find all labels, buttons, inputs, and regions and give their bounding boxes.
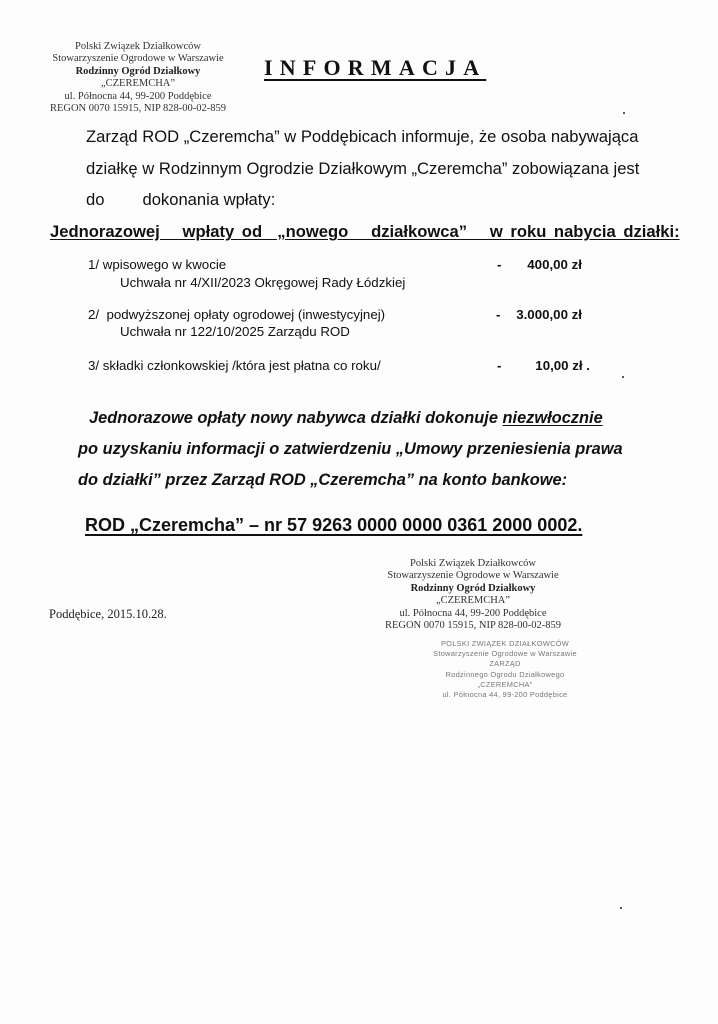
fee-basis: Uchwała nr 4/XII/2023 Okręgowej Rady Łód… bbox=[120, 275, 405, 290]
fee-basis: Uchwała nr 122/10/2025 Zarządu ROD bbox=[120, 324, 350, 339]
payment-note-text: Jednorazowe opłaty nowy nabywca działki … bbox=[89, 409, 503, 427]
stamp-line: „CZEREMCHA” bbox=[430, 680, 580, 690]
stamp-line: ul. Północna 44, 99-200 Poddębice bbox=[368, 608, 578, 620]
intro-line-3: dodokonania wpłaty: bbox=[86, 190, 275, 210]
scan-speck bbox=[620, 907, 622, 909]
fee-label: 1/ wpisowego w kwocie bbox=[88, 257, 226, 272]
organization-stamp-signature: Polski Związek Działkowców Stowarzyszeni… bbox=[368, 558, 578, 632]
bank-account-number: ROD „Czeremcha” – nr 57 9263 0000 0000 0… bbox=[85, 515, 582, 536]
payment-note-emphasis: niezwłocznie bbox=[503, 409, 603, 427]
stamp-line: „CZEREMCHA” bbox=[368, 595, 578, 607]
scan-speck bbox=[623, 112, 625, 114]
stamp-line: Rodzinny Ogród Działkowy bbox=[36, 66, 240, 78]
stamp-line: ul. Północna 44, 99-200 Poddębice bbox=[36, 91, 240, 103]
fees-heading: Jednorazowej wpłaty od „nowego działkowc… bbox=[50, 222, 680, 242]
stamp-line: ZARZĄD bbox=[430, 659, 580, 669]
payment-note-line-2: po uzyskaniu informacji o zatwierdzeniu … bbox=[78, 440, 623, 459]
stamp-line: Polski Związek Działkowców bbox=[368, 558, 578, 570]
stamp-line: POLSKI ZWIĄZEK DZIAŁKOWCÓW bbox=[430, 639, 580, 649]
payment-note-line-1: Jednorazowe opłaty nowy nabywca działki … bbox=[89, 409, 603, 428]
fee-amount: 3.000,00 zł bbox=[500, 307, 582, 322]
stamp-line: REGON 0070 15915, NIP 828-00-02-859 bbox=[368, 620, 578, 632]
fee-label: 2/ podwyższonej opłaty ogrodowej (inwest… bbox=[88, 307, 385, 322]
board-stamp: POLSKI ZWIĄZEK DZIAŁKOWCÓW Stowarzyszeni… bbox=[430, 639, 580, 700]
intro-line-3-text: dokonania wpłaty: bbox=[142, 190, 275, 209]
document-date: Poddębice, 2015.10.28. bbox=[49, 607, 167, 622]
fee-label: 3/ składki członkowskiej /która jest pła… bbox=[88, 358, 381, 373]
intro-line-1: Zarząd ROD „Czeremcha” w Poddębicach inf… bbox=[86, 127, 638, 147]
stamp-line: REGON 0070 15915, NIP 828-00-02-859 bbox=[36, 103, 240, 115]
stamp-line: „CZEREMCHA” bbox=[36, 78, 240, 90]
stamp-line: Stowarzyszenie Ogrodowe w Warszawie bbox=[36, 53, 240, 65]
stamp-line: Polski Związek Działkowców bbox=[36, 41, 240, 53]
document-title: INFORMACJA bbox=[264, 55, 486, 81]
payment-note-line-3: do działki” przez Zarząd ROD „Czeremcha”… bbox=[78, 471, 567, 490]
stamp-line: Stowarzyszenie Ogrodowe w Warszawie bbox=[430, 649, 580, 659]
stamp-line: Rodzinnego Ogrodu Działkowego bbox=[430, 670, 580, 680]
stamp-line: Stowarzyszenie Ogrodowe w Warszawie bbox=[368, 570, 578, 582]
intro-line-2: działkę w Rodzinnym Ogrodzie Działkowym … bbox=[86, 159, 639, 179]
organization-stamp-header: Polski Związek Działkowców Stowarzyszeni… bbox=[36, 41, 240, 115]
fee-amount: 400,00 zł bbox=[500, 257, 582, 272]
fee-amount: 10,00 zł . bbox=[500, 358, 590, 373]
stamp-line: ul. Północna 44, 99-200 Poddębice bbox=[430, 690, 580, 700]
scan-speck bbox=[622, 376, 624, 378]
stamp-line: Rodzinny Ogród Działkowy bbox=[368, 583, 578, 595]
intro-line-3-prefix: do bbox=[86, 190, 104, 209]
